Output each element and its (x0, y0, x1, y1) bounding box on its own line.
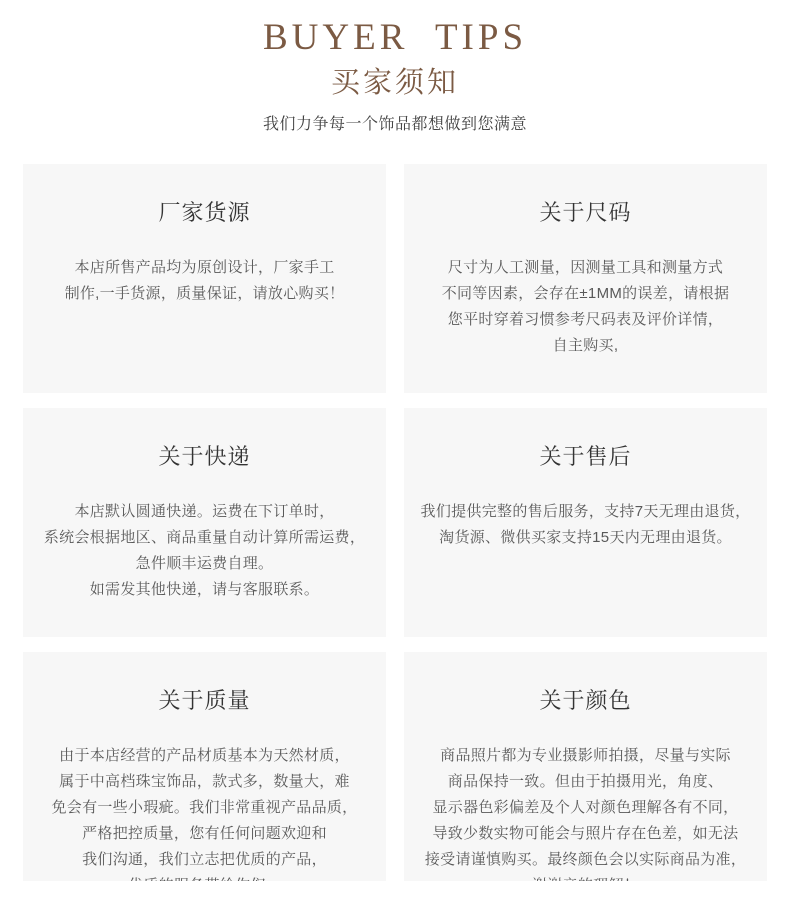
card-shipping: 关于快递 本店默认圆通快递。运费在下订单时，系统会根据地区、商品重量自动计算所需… (23, 408, 386, 637)
card-color: 关于颜色 商品照片都为专业摄影师拍摄，尽量与实际商品保持一致。但由于拍摄用光，角… (404, 652, 767, 881)
buyer-tips-page: BUYER TIPS 买家须知 我们力争每一个饰品都想做到您满意 厂家货源 本店… (0, 0, 790, 902)
card-title: 关于快递 (23, 445, 386, 469)
card-body-line: 由于本店经营的产品材质基本为天然材质， (37, 743, 372, 769)
card-body-line: 严格把控质量，您有任何问题欢迎和 (37, 821, 372, 847)
card-body: 本店默认圆通快递。运费在下订单时，系统会根据地区、商品重量自动计算所需运费，急件… (23, 499, 386, 603)
card-body-line: 接受请谨慎购买。最终颜色会以实际商品为准， (418, 847, 753, 873)
card-body-line: 急件顺丰运费自理。 (37, 551, 372, 577)
card-body-line: 自主购买, (418, 333, 753, 359)
card-body-line: 您平时穿着习惯参考尺码表及评价详情， (418, 307, 753, 333)
card-title: 关于售后 (404, 445, 767, 469)
card-body-line: 显示器色彩偏差及个人对颜色理解各有不同， (418, 795, 753, 821)
card-body-line: 系统会根据地区、商品重量自动计算所需运费， (37, 525, 372, 551)
page-title-en: BUYER TIPS (0, 18, 790, 58)
card-quality: 关于质量 由于本店经营的产品材质基本为天然材质，属于中高档珠宝饰品，款式多，数量… (23, 652, 386, 881)
card-body: 尺寸为人工测量，因测量工具和测量方式不同等因素，会存在±1MM的误差，请根据您平… (404, 255, 767, 359)
card-sizing: 关于尺码 尺寸为人工测量，因测量工具和测量方式不同等因素，会存在±1MM的误差，… (404, 164, 767, 393)
card-body-line: 我们沟通，我们立志把优质的产品， (37, 847, 372, 873)
card-body-line: 商品保持一致。但由于拍摄用光，角度、 (418, 769, 753, 795)
card-body-line: 优质的服务带给你们。 (37, 873, 372, 881)
page-subtitle: 我们力争每一个饰品都想做到您满意 (0, 115, 790, 135)
card-body-line: 导致少数实物可能会与照片存在色差，如无法 (418, 821, 753, 847)
card-title: 关于颜色 (404, 689, 767, 713)
card-aftersales: 关于售后 我们提供完整的售后服务，支持7天无理由退货，淘货源、微供买家支持15天… (404, 408, 767, 637)
card-body-line: 本店所售产品均为原创设计，厂家手工 (37, 255, 372, 281)
card-body-line: 制作,一手货源，质量保证，请放心购买！ (37, 281, 372, 307)
card-body-line: 如需发其他快递，请与客服联系。 (37, 577, 372, 603)
card-body-line: 尺寸为人工测量，因测量工具和测量方式 (418, 255, 753, 281)
card-body-line: 不同等因素，会存在±1MM的误差，请根据 (418, 281, 753, 307)
card-body: 由于本店经营的产品材质基本为天然材质，属于中高档珠宝饰品，款式多，数量大，难免会… (23, 743, 386, 881)
card-title: 关于质量 (23, 689, 386, 713)
card-factory-source: 厂家货源 本店所售产品均为原创设计，厂家手工制作,一手货源，质量保证，请放心购买… (23, 164, 386, 393)
card-body-line: 本店默认圆通快递。运费在下订单时， (37, 499, 372, 525)
tips-grid: 厂家货源 本店所售产品均为原创设计，厂家手工制作,一手货源，质量保证，请放心购买… (0, 164, 790, 881)
card-title: 厂家货源 (23, 201, 386, 225)
card-body-line: 属于中高档珠宝饰品，款式多，数量大，难 (37, 769, 372, 795)
card-body-line: 谢谢亲的理解！ (418, 873, 753, 881)
card-body: 本店所售产品均为原创设计，厂家手工制作,一手货源，质量保证，请放心购买！ (23, 255, 386, 307)
card-body-line: 商品照片都为专业摄影师拍摄，尽量与实际 (418, 743, 753, 769)
card-body: 我们提供完整的售后服务，支持7天无理由退货，淘货源、微供买家支持15天内无理由退… (404, 499, 767, 551)
page-title-zh: 买家须知 (0, 66, 790, 100)
card-body: 商品照片都为专业摄影师拍摄，尽量与实际商品保持一致。但由于拍摄用光，角度、显示器… (404, 743, 767, 881)
card-body-line: 我们提供完整的售后服务，支持7天无理由退货， (418, 499, 753, 525)
card-body-line: 淘货源、微供买家支持15天内无理由退货。 (418, 525, 753, 551)
page-header: BUYER TIPS 买家须知 我们力争每一个饰品都想做到您满意 (0, 0, 790, 135)
card-title: 关于尺码 (404, 201, 767, 225)
card-body-line: 免会有一些小瑕疵。我们非常重视产品品质， (37, 795, 372, 821)
